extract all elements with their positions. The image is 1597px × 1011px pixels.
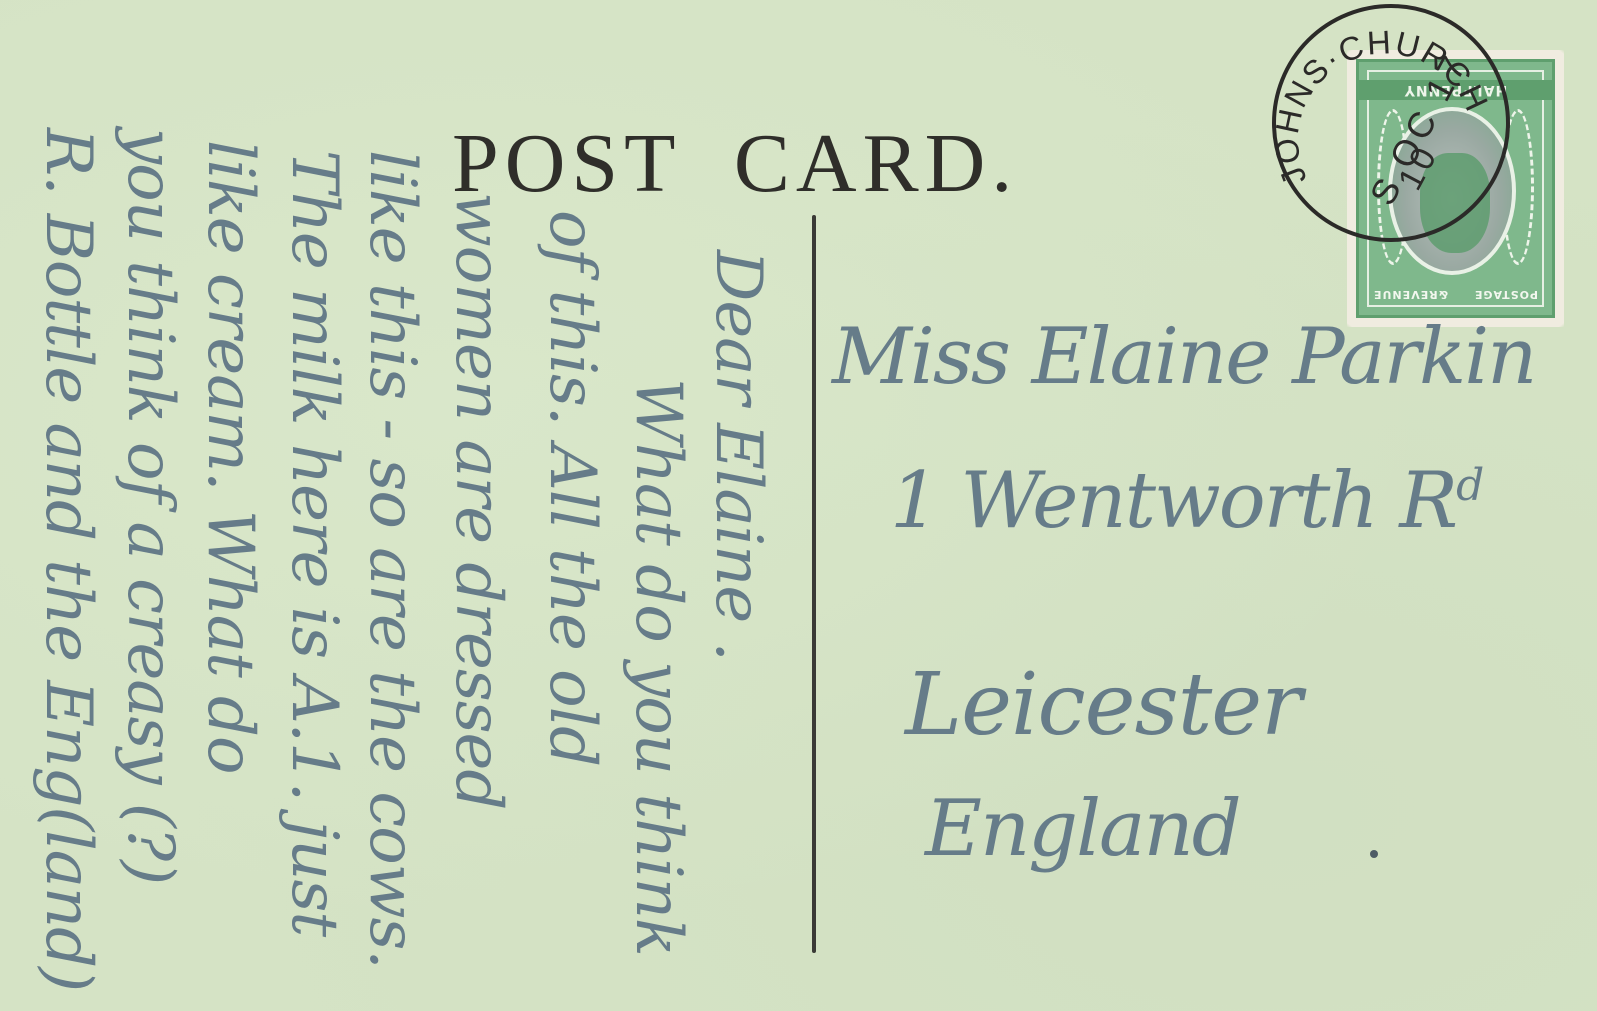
post-card-heading: POST CARD. <box>452 122 1018 206</box>
street-suffix: d <box>1456 460 1482 511</box>
message-line: The milk here is A.1. just <box>282 150 346 936</box>
message-line: like this - so are the cows. <box>360 150 424 969</box>
message-line: R. Bottle and the Eng(land) <box>36 128 100 991</box>
message-line: What do you think <box>626 378 690 956</box>
recipient-street: 1 Wentworth Rd <box>890 462 1482 540</box>
street-text: 1 Wentworth R <box>890 456 1456 546</box>
recipient-city: Leicester <box>905 662 1301 748</box>
ink-dot <box>1370 850 1378 858</box>
recipient-country: England <box>925 790 1240 868</box>
stamp-postage-label: POSTAGE <box>1474 288 1538 301</box>
message-line: like cream. What do <box>198 140 262 774</box>
message-address-divider <box>812 215 816 953</box>
message-line: you think of a creasy (?) <box>118 128 182 884</box>
message-line: Dear Elaine . <box>706 250 770 661</box>
postmark-cancellation: JOHNS·CHURCH S OC 17 10 <box>1272 4 1510 242</box>
stamp-revenue-label: &REVENUE <box>1373 288 1448 301</box>
postcard-back: POST CARD. Dear Elaine . What do you thi… <box>0 0 1597 1011</box>
message-line: of this. All the old <box>540 210 604 766</box>
recipient-name: Miss Elaine Parkin <box>832 318 1535 396</box>
message-line: women are dressed <box>446 192 510 809</box>
